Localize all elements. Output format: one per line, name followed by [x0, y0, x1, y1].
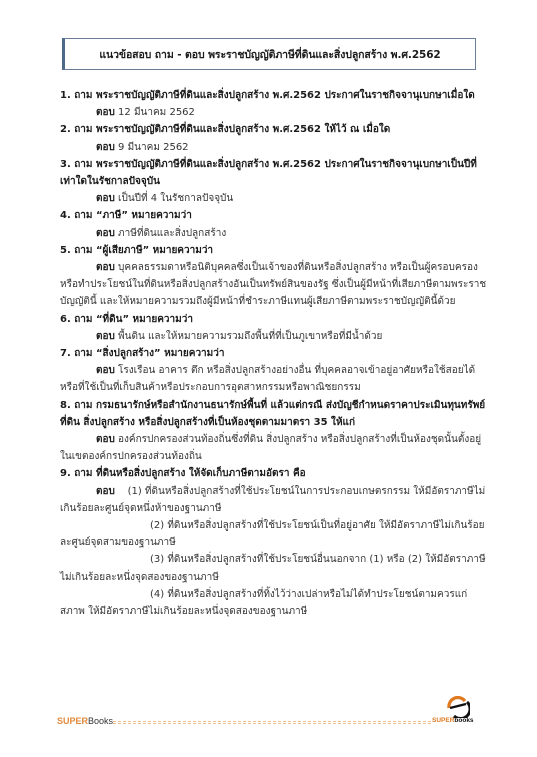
- document-title: แนวข้อสอบ ถาม - ตอบ พระราชบัญญัติภาษีที่…: [99, 46, 440, 63]
- logo-text-books: books: [454, 717, 473, 724]
- answer-4: ตอบ ภาษีที่ดินและสิ่งปลูกสร้าง: [60, 225, 492, 242]
- answer-label: ตอบ: [96, 262, 115, 273]
- answer-9-part-2: (2) ที่ดินหรือสิ่งปลูกสร้างที่ใช้ประโยชน…: [60, 517, 492, 551]
- answer-9-part-1: ตอบ (1) ที่ดินหรือสิ่งปลูกสร้างที่ใช้ประ…: [60, 483, 492, 517]
- question-8: 8. ถาม กรมธนารักษ์หรือสำนักงานธนารักษ์พื…: [60, 397, 492, 431]
- answer-label: ตอบ: [96, 486, 115, 497]
- qa-item-6: 6. ถาม “ที่ดิน” หมายความว่า ตอบ พื้นดิน …: [60, 311, 492, 345]
- answer-8: ตอบ องค์กรปกครองส่วนท้องถิ่นซึ่งที่ดิน ส…: [60, 431, 492, 465]
- question-7: 7. ถาม “สิ่งปลูกสร้าง” หมายความว่า: [60, 345, 492, 362]
- qa-item-2: 2. ถาม พระราชบัญญัติภาษีที่ดินและสิ่งปลู…: [60, 121, 492, 155]
- answer-text: บุคคลธรรมดาหรือนิติบุคคลซึ่งเป็นเจ้าของท…: [60, 262, 486, 307]
- answer-9-part-3: (3) ที่ดินหรือสิ่งปลูกสร้างที่ใช้ประโยชน…: [60, 551, 492, 585]
- document-title-box: แนวข้อสอบ ถาม - ตอบ พระราชบัญญัติภาษีที่…: [62, 38, 476, 70]
- qa-item-5: 5. ถาม “ผู้เสียภาษี” หมายความว่า ตอบ บุค…: [60, 242, 492, 311]
- answer-text: 12 มีนาคม 2562: [118, 107, 195, 118]
- answer-text: 9 มีนาคม 2562: [118, 142, 189, 153]
- superbooks-logo: SUPERbooks: [432, 696, 482, 730]
- answer-label: ตอบ: [96, 107, 115, 118]
- qa-item-9: 9. ถาม ที่ดินหรือสิ่งปลูกสร้าง ให้จัดเก็…: [60, 465, 492, 620]
- answer-label: ตอบ: [96, 331, 115, 342]
- answer-5: ตอบ บุคคลธรรมดาหรือนิติบุคคลซึ่งเป็นเจ้า…: [60, 259, 492, 311]
- superbooks-logo-icon: [446, 696, 470, 718]
- qa-item-7: 7. ถาม “สิ่งปลูกสร้าง” หมายความว่า ตอบ โ…: [60, 345, 492, 397]
- qa-content: 1. ถาม พระราชบัญญัติภาษีที่ดินและสิ่งปลู…: [60, 87, 492, 620]
- footer-divider: [113, 721, 431, 724]
- answer-text: ภาษีที่ดินและสิ่งปลูกสร้าง: [118, 228, 226, 239]
- footer-brand-books: Books: [88, 716, 113, 726]
- answer-label: ตอบ: [96, 365, 115, 376]
- answer-6: ตอบ พื้นดิน และให้หมายความรวมถึงพื้นที่ท…: [60, 328, 492, 345]
- qa-item-1: 1. ถาม พระราชบัญญัติภาษีที่ดินและสิ่งปลู…: [60, 87, 492, 121]
- footer-brand: SUPERBooks: [57, 716, 113, 726]
- answer-7: ตอบ โรงเรือน อาคาร ตึก หรือสิ่งปลูกสร้าง…: [60, 362, 492, 396]
- question-5: 5. ถาม “ผู้เสียภาษี” หมายความว่า: [60, 242, 492, 259]
- question-2: 2. ถาม พระราชบัญญัติภาษีที่ดินและสิ่งปลู…: [60, 121, 492, 138]
- page-footer: SUPERBooks SUPERbooks: [57, 712, 487, 732]
- answer-text: (1) ที่ดินหรือสิ่งปลูกสร้างที่ใช้ประโยชน…: [60, 486, 485, 514]
- answer-label: ตอบ: [96, 193, 115, 204]
- superbooks-logo-text: SUPERbooks: [432, 717, 474, 724]
- answer-label: ตอบ: [96, 228, 115, 239]
- footer-brand-super: SUPER: [57, 716, 88, 726]
- logo-text-super: SUPER: [432, 717, 454, 724]
- answer-text: องค์กรปกครองส่วนท้องถิ่นซึ่งที่ดิน สิ่งป…: [60, 434, 481, 462]
- answer-3: ตอบ เป็นปีที่ 4 ในรัชกาลปัจจุบัน: [60, 190, 492, 207]
- question-9: 9. ถาม ที่ดินหรือสิ่งปลูกสร้าง ให้จัดเก็…: [60, 465, 492, 482]
- answer-text: โรงเรือน อาคาร ตึก หรือสิ่งปลูกสร้างอย่า…: [60, 365, 475, 393]
- answer-label: ตอบ: [96, 434, 115, 445]
- question-6: 6. ถาม “ที่ดิน” หมายความว่า: [60, 311, 492, 328]
- qa-item-3: 3. ถาม พระราชบัญญัติภาษีที่ดินและสิ่งปลู…: [60, 156, 492, 208]
- answer-label: ตอบ: [96, 142, 115, 153]
- answer-text: พื้นดิน และให้หมายความรวมถึงพื้นที่ที่เป…: [118, 331, 382, 342]
- qa-item-4: 4. ถาม “ภาษี” หมายความว่า ตอบ ภาษีที่ดิน…: [60, 207, 492, 241]
- answer-1: ตอบ 12 มีนาคม 2562: [60, 104, 492, 121]
- answer-2: ตอบ 9 มีนาคม 2562: [60, 139, 492, 156]
- question-3: 3. ถาม พระราชบัญญัติภาษีที่ดินและสิ่งปลู…: [60, 156, 492, 190]
- answer-text: เป็นปีที่ 4 ในรัชกาลปัจจุบัน: [118, 193, 233, 204]
- qa-item-8: 8. ถาม กรมธนารักษ์หรือสำนักงานธนารักษ์พื…: [60, 397, 492, 466]
- answer-9-part-4: (4) ที่ดินหรือสิ่งปลูกสร้างที่ทิ้งไว้ว่า…: [60, 586, 492, 620]
- question-1: 1. ถาม พระราชบัญญัติภาษีที่ดินและสิ่งปลู…: [60, 87, 492, 104]
- question-4: 4. ถาม “ภาษี” หมายความว่า: [60, 207, 492, 224]
